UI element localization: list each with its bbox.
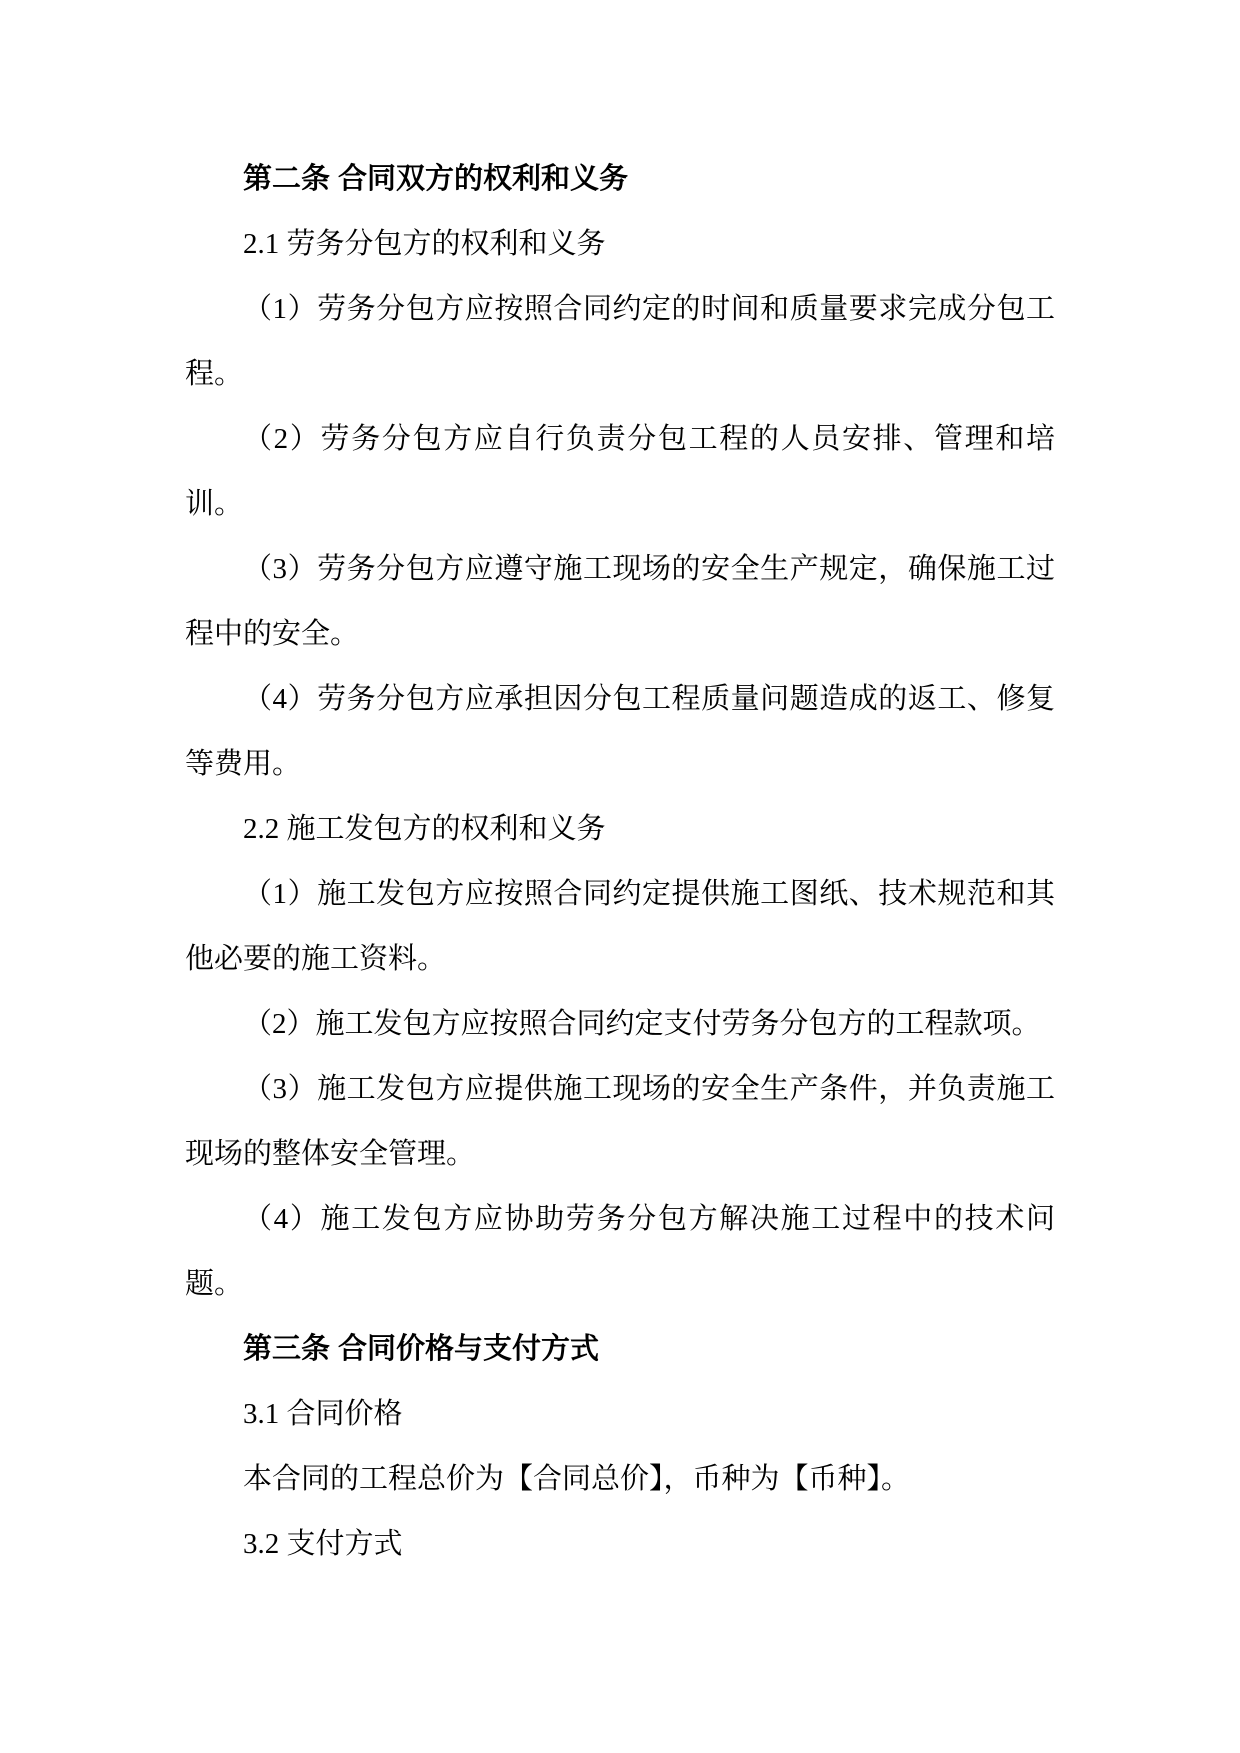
clause-2-1-item-2: （2）劳务分包方应自行负责分包工程的人员安排、管理和培训。 [185, 407, 1055, 537]
clause-2-2-heading: 2.2 施工发包方的权利和义务 [185, 797, 1055, 862]
document-page: 第二条 合同双方的权利和义务 2.1 劳务分包方的权利和义务 （1）劳务分包方应… [0, 0, 1240, 1753]
clause-2-2-item-2: （2）施工发包方应按照合同约定支付劳务分包方的工程款项。 [185, 992, 1055, 1057]
clause-2-2-item-4: （4）施工发包方应协助劳务分包方解决施工过程中的技术问题。 [185, 1187, 1055, 1317]
clause-2-1-heading: 2.1 劳务分包方的权利和义务 [185, 212, 1055, 277]
clause-3-1-price-line: 本合同的工程总价为【合同总价】，币种为【币种】。 [185, 1447, 1055, 1512]
clause-3-1-heading: 3.1 合同价格 [185, 1382, 1055, 1447]
contract-text-block: 第二条 合同双方的权利和义务 2.1 劳务分包方的权利和义务 （1）劳务分包方应… [185, 147, 1055, 1577]
clause-2-1-item-4: （4）劳务分包方应承担因分包工程质量问题造成的返工、修复等费用。 [185, 667, 1055, 797]
article-3-heading: 第三条 合同价格与支付方式 [185, 1317, 1055, 1382]
clause-2-2-item-3: （3）施工发包方应提供施工现场的安全生产条件，并负责施工现场的整体安全管理。 [185, 1057, 1055, 1187]
article-2-heading: 第二条 合同双方的权利和义务 [185, 147, 1055, 212]
clause-2-1-item-1: （1）劳务分包方应按照合同约定的时间和质量要求完成分包工程。 [185, 277, 1055, 407]
clause-2-2-item-1: （1）施工发包方应按照合同约定提供施工图纸、技术规范和其他必要的施工资料。 [185, 862, 1055, 992]
clause-3-2-heading: 3.2 支付方式 [185, 1512, 1055, 1577]
clause-2-1-item-3: （3）劳务分包方应遵守施工现场的安全生产规定，确保施工过程中的安全。 [185, 537, 1055, 667]
